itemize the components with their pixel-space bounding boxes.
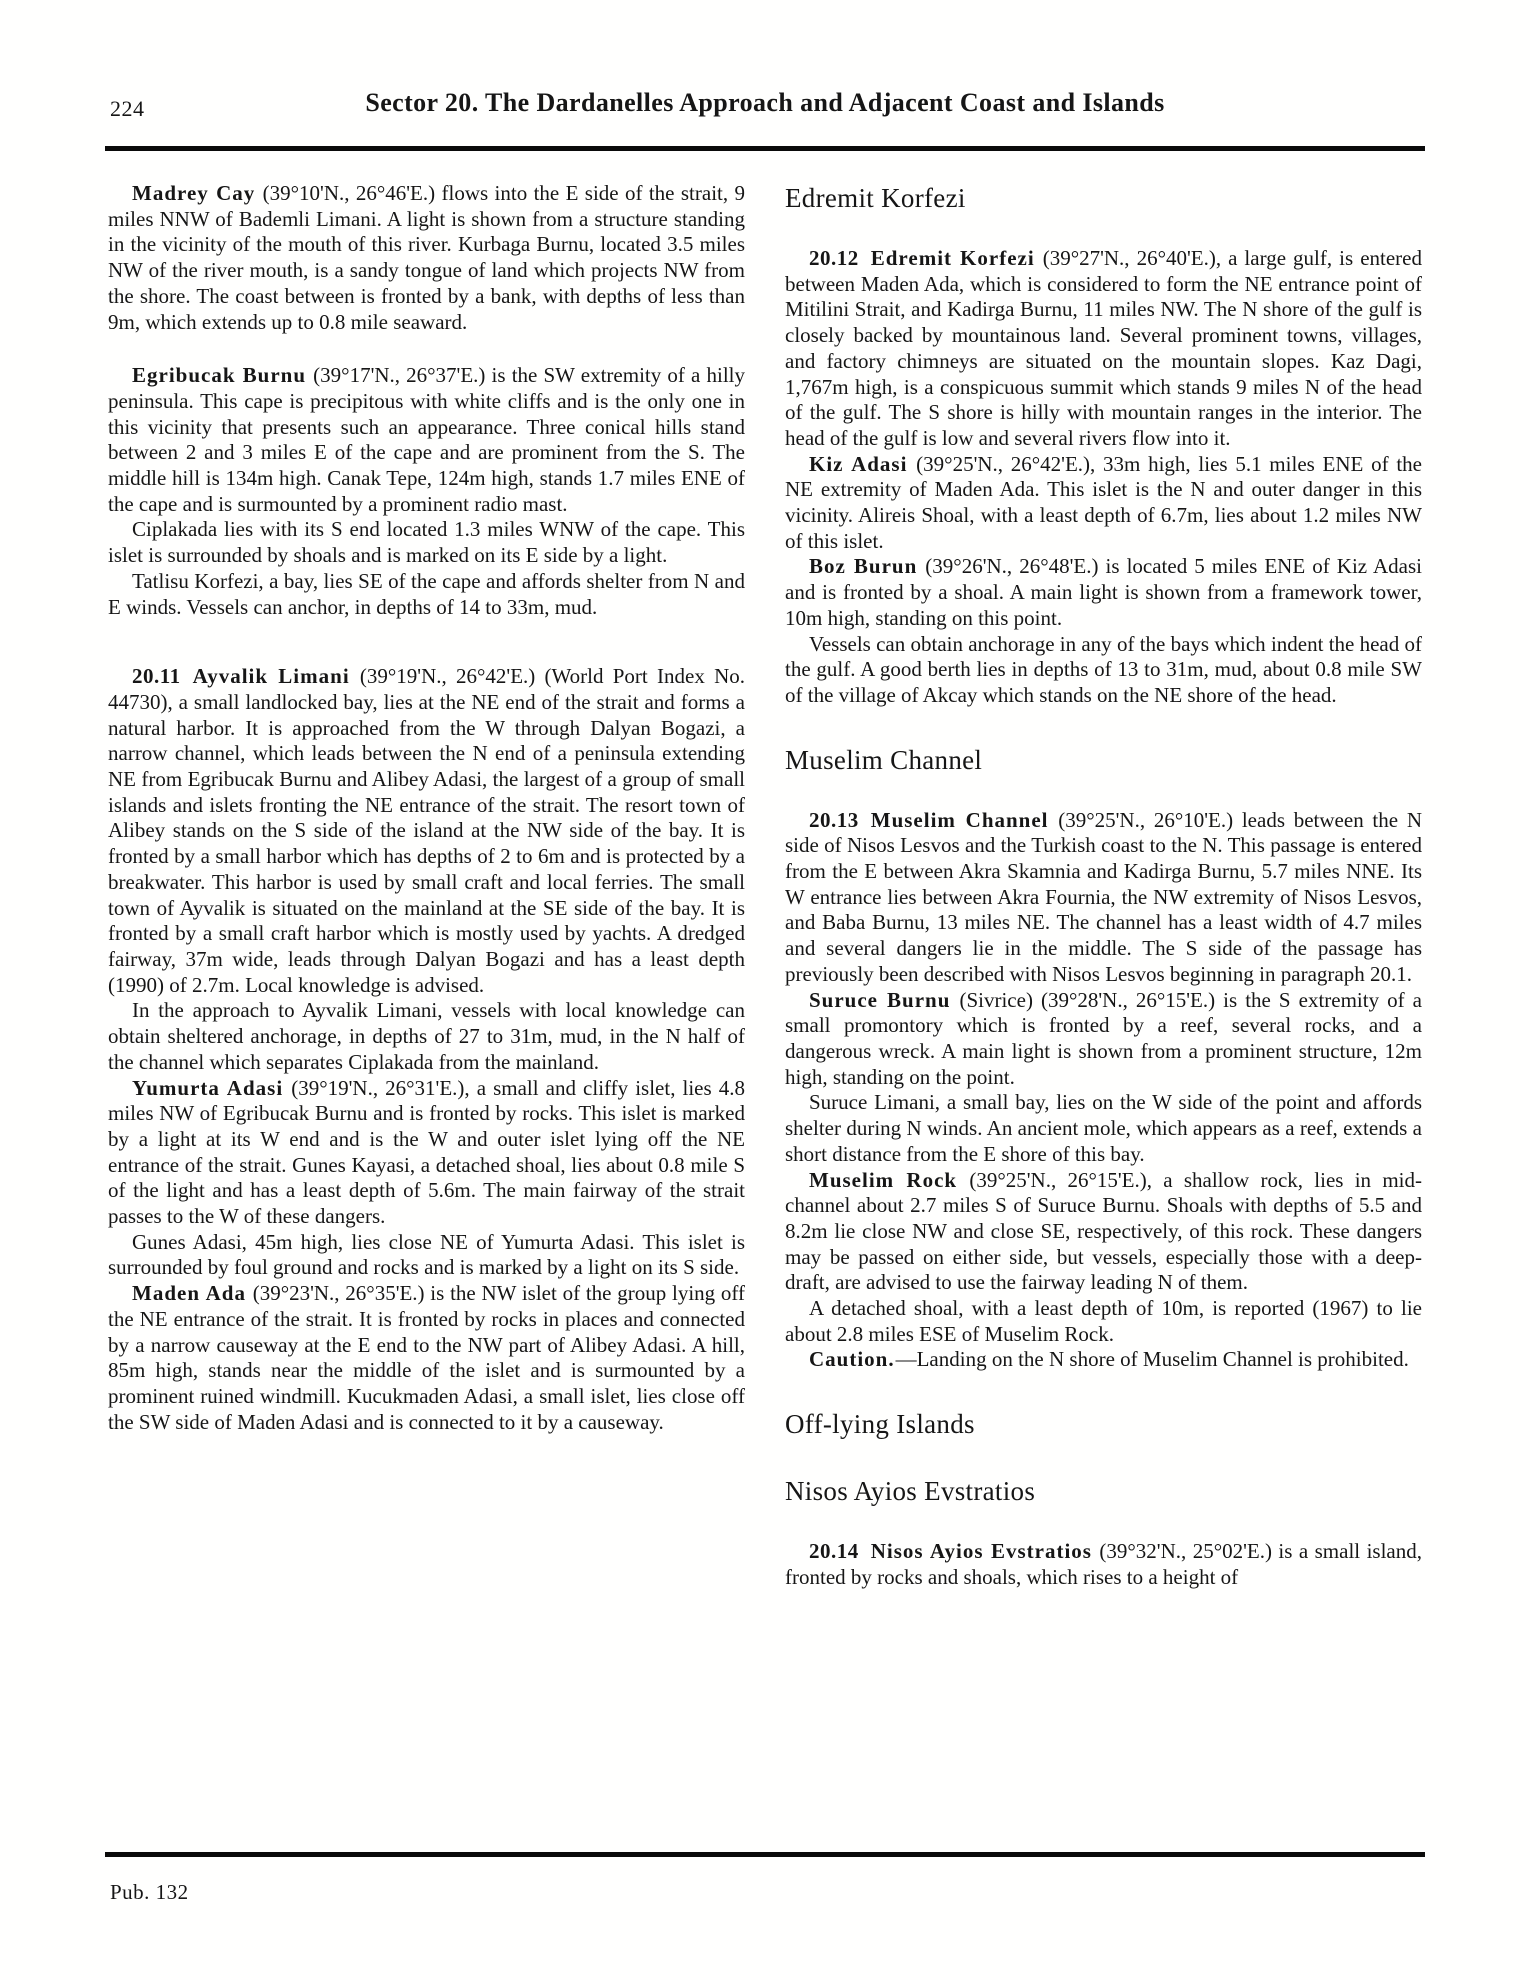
paragraph-muselim-rock: Muselim Rock (39°25'N., 26°15'E.), a sha… [785,1168,1422,1297]
paragraph-kiz-adasi: Kiz Adasi (39°25'N., 26°42'E.), 33m high… [785,452,1422,555]
paragraph-lead: Muselim Channel [871,808,1049,832]
header-rule [105,146,1425,151]
section-heading-nisos-ayios-evstratios: Nisos Ayios Evstratios [785,1476,1422,1507]
document-page: 224 Sector 20. The Dardanelles Approach … [0,0,1530,1980]
page-number: 224 [110,96,145,122]
footer-publication-label: Pub. 132 [110,1880,189,1905]
paragraph-approach-anchorage: In the approach to Ayvalik Limani, vesse… [108,998,745,1075]
page-title: Sector 20. The Dardanelles Approach and … [108,88,1422,118]
paragraph-muselim-channel: 20.13Muselim Channel (39°25'N., 26°10'E.… [785,808,1422,988]
paragraph-text: (39°19'N., 26°42'E.) (World Port Index N… [108,664,745,996]
paragraph-text: Suruce Limani, a small bay, lies on the … [785,1090,1422,1165]
paragraph-suruce-burnu: Suruce Burnu (Sivrice) (39°28'N., 26°15'… [785,988,1422,1091]
left-column: Madrey Cay (39°10'N., 26°46'E.) flows in… [108,181,745,1591]
paragraph-maden-ada: Maden Ada (39°23'N., 26°35'E.) is the NW… [108,1281,745,1435]
paragraph-boz-burun: Boz Burun (39°26'N., 26°48'E.) is locate… [785,554,1422,631]
paragraph-ayvalik-limani: 20.11Ayvalik Limani (39°19'N., 26°42'E.)… [108,664,745,998]
paragraph-egribucak-burnu: Egribucak Burnu (39°17'N., 26°37'E.) is … [108,363,745,517]
right-column: Edremit Korfezi 20.12Edremit Korfezi (39… [785,181,1422,1591]
paragraph-lead: Egribucak Burnu [132,363,306,387]
paragraph-nisos-ayios-evstratios: 20.14Nisos Ayios Evstratios (39°32'N., 2… [785,1539,1422,1590]
paragraph-caution: Caution.—Landing on the N shore of Musel… [785,1347,1422,1373]
paragraph-lead: Ayvalik Limani [193,664,350,688]
paragraph-text: Ciplakada lies with its S end located 1.… [108,517,745,567]
section-heading-off-lying-islands: Off-lying Islands [785,1409,1422,1440]
paragraph-lead: Boz Burun [809,554,917,578]
paragraph-number: 20.14 [809,1539,859,1563]
paragraph-text: (39°25'N., 26°10'E.) leads between the N… [785,808,1422,986]
paragraph-number: 20.11 [132,664,181,688]
paragraph-lead: Madrey Cay [132,181,255,205]
paragraph-number: 20.13 [809,808,859,832]
paragraph-text: —Landing on the N shore of Muselim Chann… [896,1347,1409,1371]
paragraph-text: (39°27'N., 26°40'E.), a large gulf, is e… [785,246,1422,450]
paragraph-yumurta-adasi: Yumurta Adasi (39°19'N., 26°31'E.), a sm… [108,1076,745,1230]
paragraph-lead: Yumurta Adasi [132,1076,283,1100]
text-columns: Madrey Cay (39°10'N., 26°46'E.) flows in… [108,181,1422,1591]
paragraph-lead: Suruce Burnu [809,988,950,1012]
paragraph-gunes-adasi: Gunes Adasi, 45m high, lies close NE of … [108,1230,745,1281]
paragraph-lead: Muselim Rock [809,1168,957,1192]
paragraph-gulf-anchorage: Vessels can obtain anchorage in any of t… [785,632,1422,709]
paragraph-lead: Edremit Korfezi [871,246,1035,270]
section-heading-muselim-channel: Muselim Channel [785,745,1422,776]
paragraph-tatlisu-korfezi: Tatlisu Korfezi, a bay, lies SE of the c… [108,569,745,620]
paragraph-suruce-limani: Suruce Limani, a small bay, lies on the … [785,1090,1422,1167]
paragraph-number: 20.12 [809,246,859,270]
paragraph-text: A detached shoal, with a least depth of … [785,1296,1422,1346]
paragraph-madrey-cay: Madrey Cay (39°10'N., 26°46'E.) flows in… [108,181,745,335]
paragraph-text: Tatlisu Korfezi, a bay, lies SE of the c… [108,569,745,619]
footer-rule [105,1852,1425,1857]
paragraph-lead: Kiz Adasi [809,452,907,476]
section-heading-edremit-korfezi: Edremit Korfezi [785,183,1422,214]
page-header: 224 Sector 20. The Dardanelles Approach … [108,88,1422,138]
paragraph-text: In the approach to Ayvalik Limani, vesse… [108,998,745,1073]
paragraph-lead: Nisos Ayios Evstratios [871,1539,1092,1563]
paragraph-ciplakada: Ciplakada lies with its S end located 1.… [108,517,745,568]
paragraph-text: Vessels can obtain anchorage in any of t… [785,632,1422,707]
paragraph-lead: Maden Ada [132,1281,246,1305]
paragraph-text: Gunes Adasi, 45m high, lies close NE of … [108,1230,745,1280]
paragraph-edremit-korfezi: 20.12Edremit Korfezi (39°27'N., 26°40'E.… [785,246,1422,452]
paragraph-detached-shoal: A detached shoal, with a least depth of … [785,1296,1422,1347]
paragraph-lead: Caution. [809,1347,895,1371]
